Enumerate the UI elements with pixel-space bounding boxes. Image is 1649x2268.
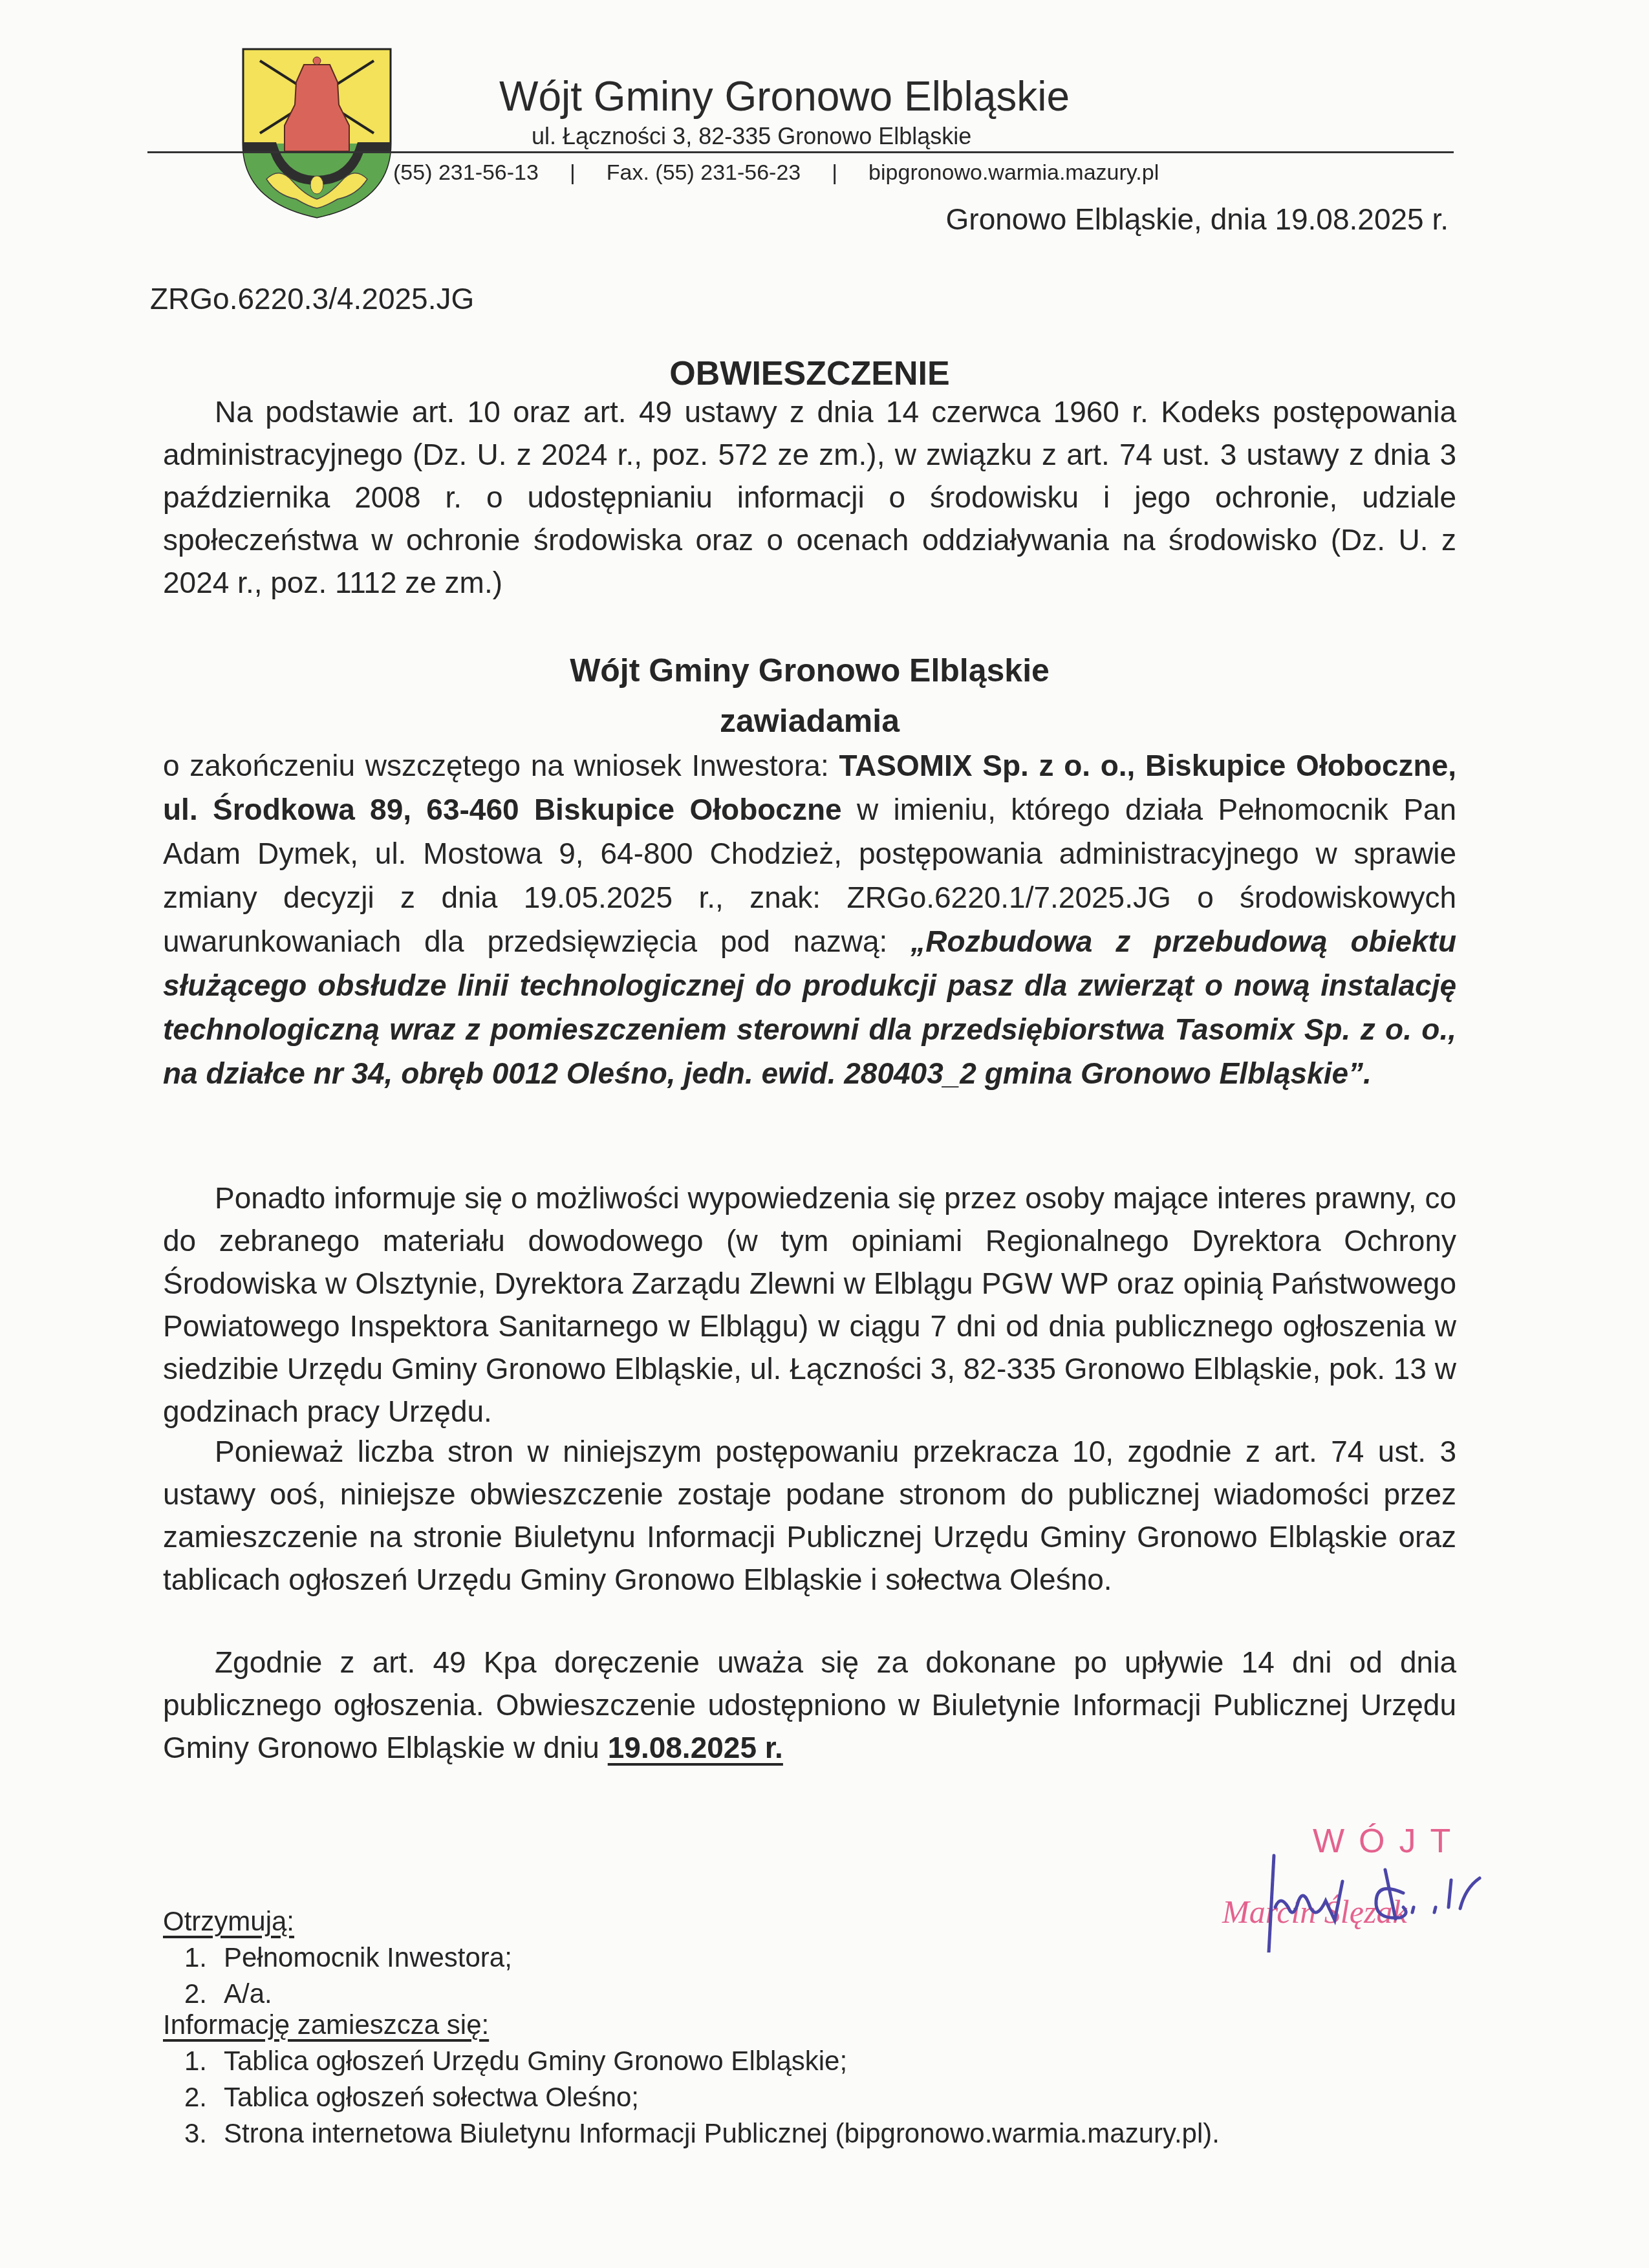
letterhead-address: ul. Łączności 3, 82-335 Gronowo Elbląski… (532, 123, 971, 150)
separator: | (570, 160, 576, 186)
letterhead-divider (147, 151, 1454, 153)
legal-basis-paragraph: Na podstawie art. 10 oraz art. 49 ustawy… (163, 390, 1456, 604)
fax-number: Fax. (55) 231-56-23 (607, 160, 801, 186)
letterhead-title: Wójt Gminy Gronowo Elbląskie (499, 72, 1070, 120)
coat-of-arms-icon (241, 47, 393, 220)
list-item: 1.Tablica ogłoszeń Urzędu Gminy Gronowo … (163, 2043, 1220, 2079)
authority-heading: Wójt Gminy Gronowo Elbląskie (163, 652, 1456, 689)
delivery-text: Zgodnie z art. 49 Kpa doręczenie uważa s… (163, 1645, 1456, 1764)
reference-number: ZRGo.6220.3/4.2025.JG (150, 281, 474, 316)
list-item: 2.Tablica ogłoszeń sołectwa Oleśno; (163, 2079, 1220, 2115)
recipients-heading: Otrzymują: (163, 1906, 294, 1937)
handwritten-signature-icon (1216, 1810, 1500, 1952)
signature-stamp: WÓJT Marcin Ślęzak (1216, 1810, 1500, 1952)
evidence-paragraph: Ponadto informuje się o możliwości wypow… (163, 1177, 1456, 1433)
publication-places-list: 1.Tablica ogłoszeń Urzędu Gminy Gronowo … (163, 2043, 1220, 2152)
notice-title: OBWIESZCZENIE (163, 354, 1456, 393)
publication-paragraph: Ponieważ liczba stron w niniejszym postę… (163, 1430, 1456, 1601)
delivery-paragraph: Zgodnie z art. 49 Kpa doręczenie uważa s… (163, 1641, 1456, 1769)
letterhead-contact: (55) 231-56-13 | Fax. (55) 231-56-23 | b… (393, 160, 1159, 186)
publication-date: 19.08.2025 r. (608, 1731, 783, 1764)
date-line: Gronowo Elbląskie, dnia 19.08.2025 r. (946, 202, 1449, 237)
list-item: 1.Pełnomocnik Inwestora; (163, 1940, 512, 1976)
list-item: 3.Strona internetowa Biuletynu Informacj… (163, 2115, 1220, 2152)
announcement-paragraph: o zakończeniu wszczętego na wniosek Inwe… (163, 744, 1456, 1095)
announcement-text: o zakończeniu wszczętego na wniosek Inwe… (163, 749, 839, 782)
list-item: 2.A/a. (163, 1976, 512, 2012)
recipients-list: 1.Pełnomocnik Inwestora; 2.A/a. (163, 1940, 512, 2012)
phone-number: (55) 231-56-13 (393, 160, 539, 186)
verb-heading: zawiadamia (163, 702, 1456, 740)
separator: | (832, 160, 837, 186)
publication-places-heading: Informację zamieszcza się: (163, 2009, 489, 2040)
website-link[interactable]: bipgronowo.warmia.mazury.pl (868, 160, 1159, 186)
